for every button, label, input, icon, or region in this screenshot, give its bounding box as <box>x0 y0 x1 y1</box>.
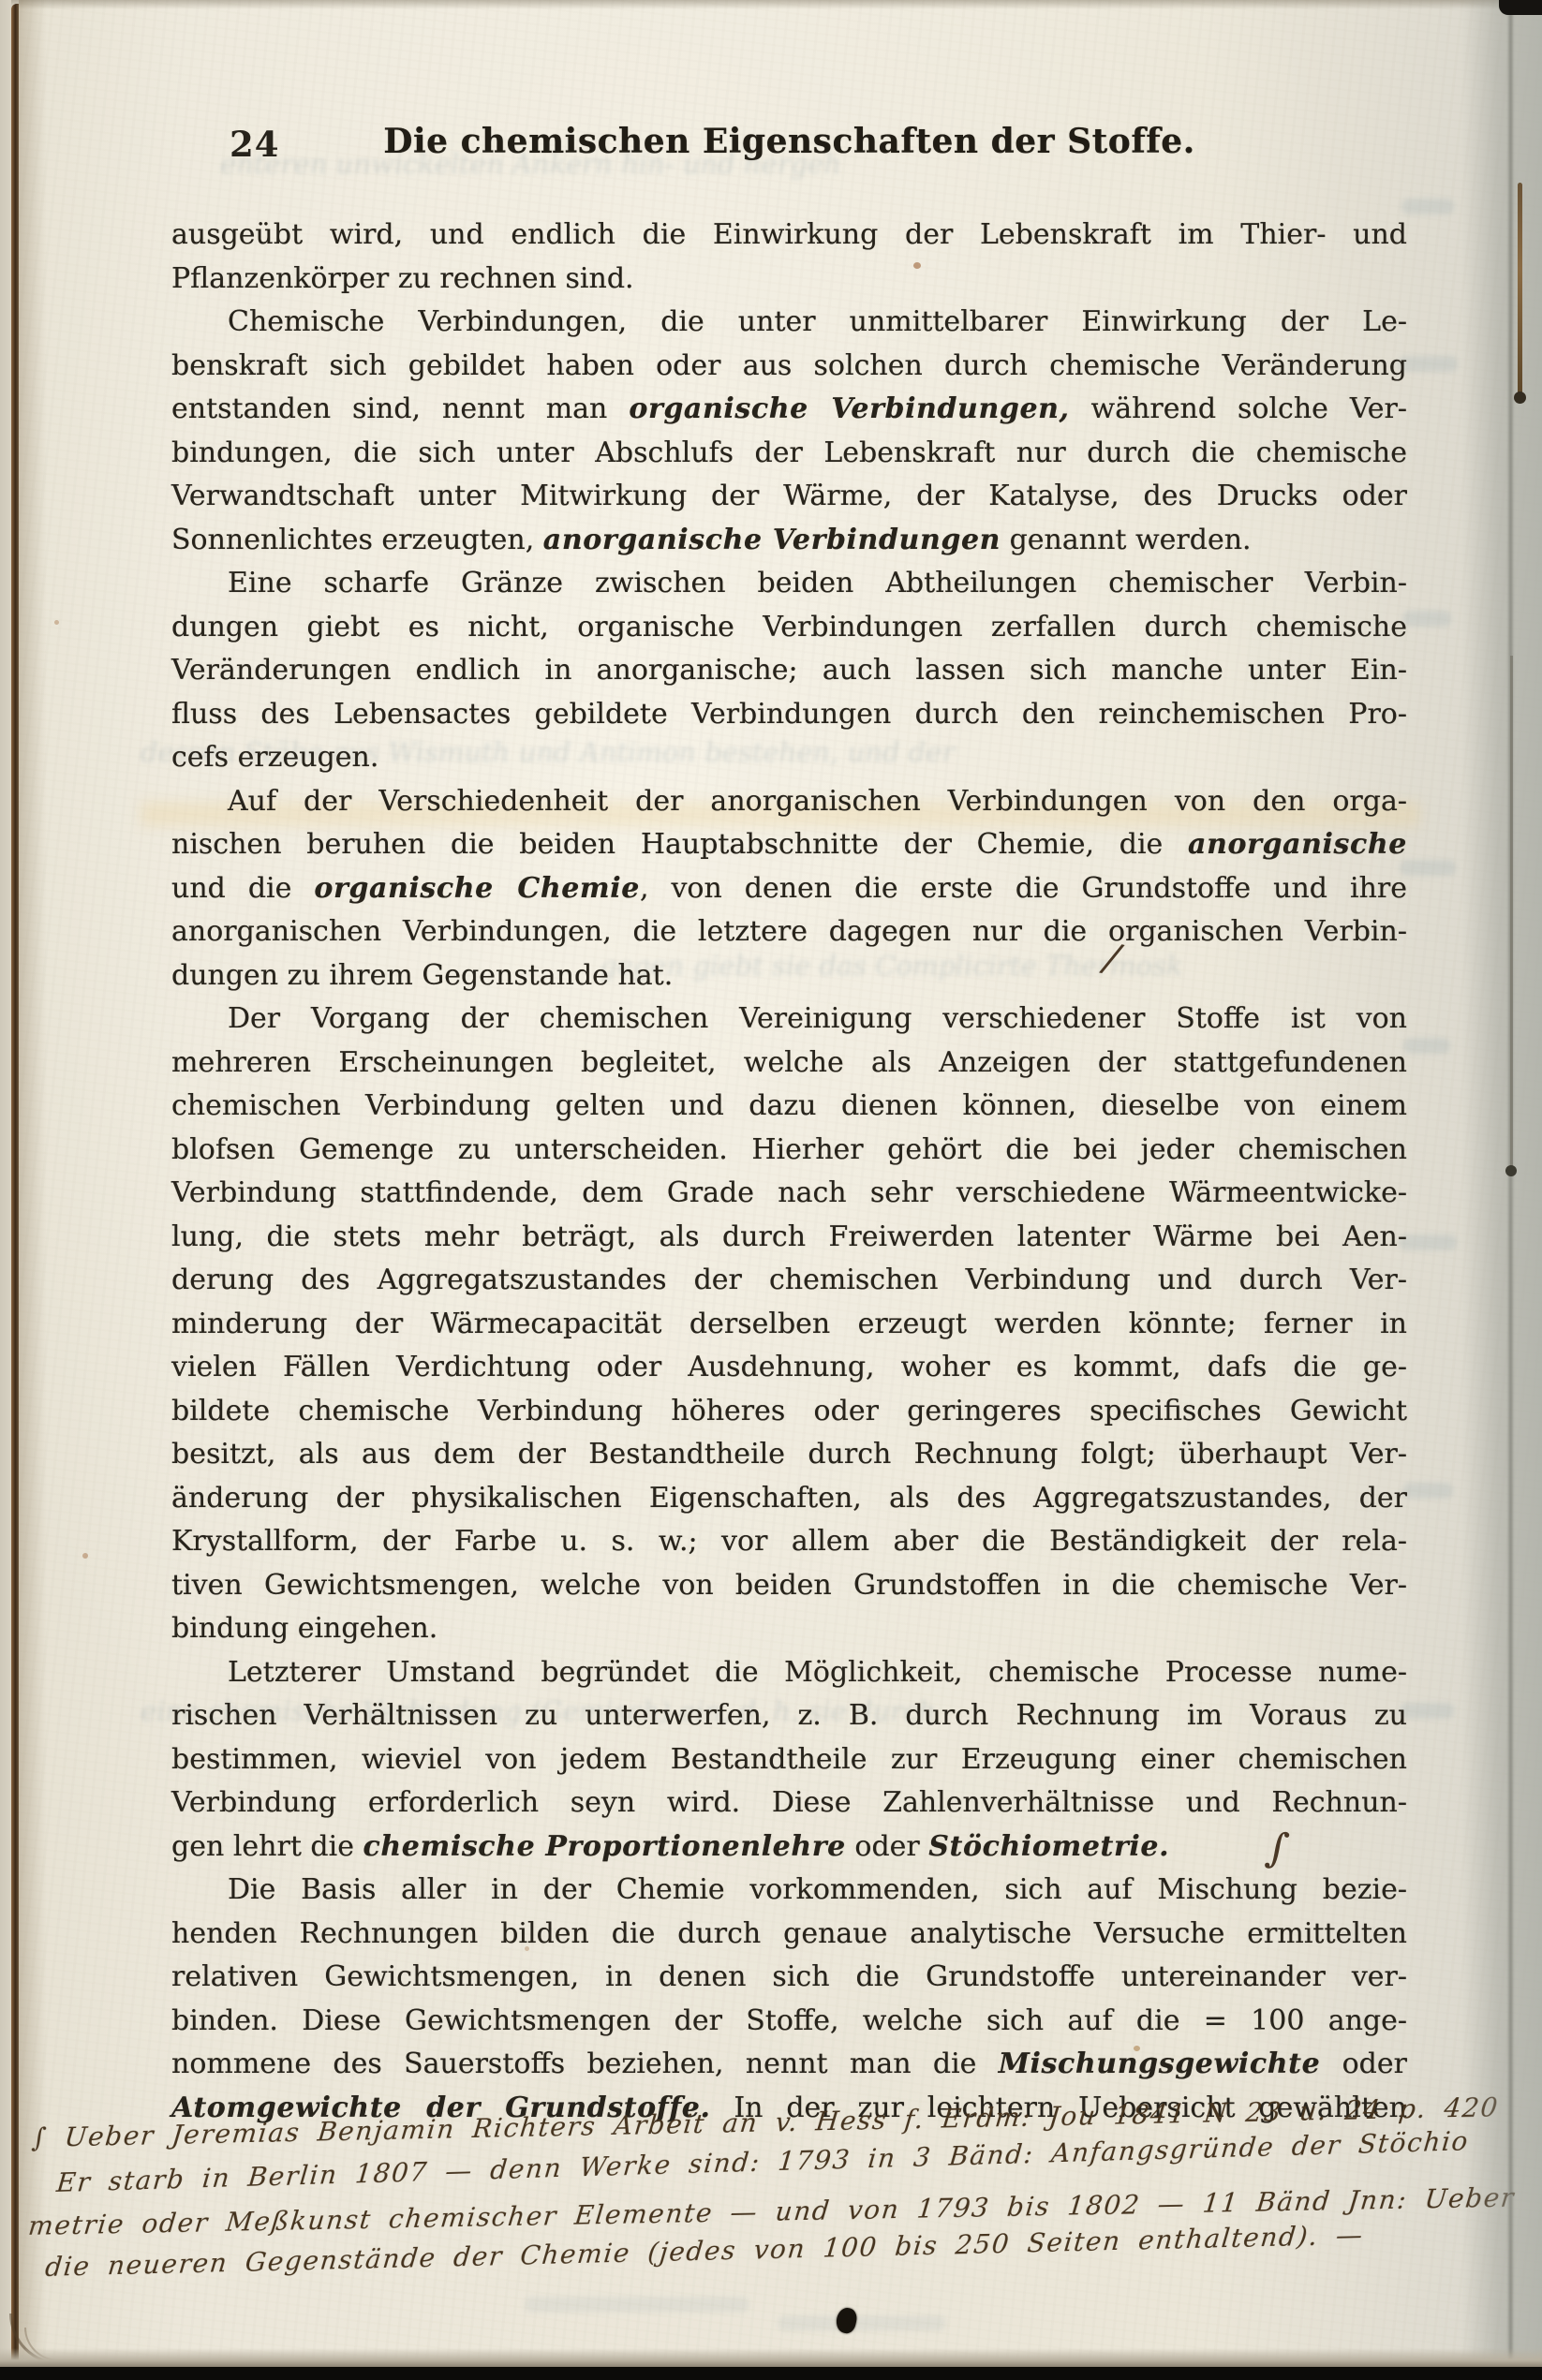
text-line: binden. Diese Gewichtsmengen der Stoffe,… <box>171 2000 1407 2044</box>
binding-gutter <box>1461 0 1542 2380</box>
text-line: blofsen Gemenge zu unterscheiden. Hierhe… <box>171 1129 1407 1173</box>
foxing-speck <box>913 262 921 269</box>
show-through-smudge <box>1400 1703 1454 1719</box>
page-header: 24 Die chemischen Eigenschaften der Stof… <box>171 122 1407 170</box>
text-line: entstanden sind, nennt man organische Ve… <box>171 388 1407 432</box>
text-line: dungen zu ihrem Gegenstande hat. <box>171 954 1407 998</box>
scan-bottom-band <box>0 2367 1542 2380</box>
show-through-smudge <box>1401 199 1454 214</box>
text-line: besitzt, als aus dem der Bestandtheile d… <box>171 1433 1407 1477</box>
page-number: 24 <box>230 124 280 165</box>
page-bottom-edge <box>0 2348 1542 2367</box>
text-line: Eine scharfe Gränze zwischen beiden Abth… <box>171 562 1407 606</box>
foxing-speck <box>82 1553 88 1559</box>
text-line: anorganischen Verbindungen, die letztere… <box>171 910 1407 954</box>
text-line: Letzterer Umstand begründet die Möglichk… <box>171 1651 1407 1695</box>
text-line: bildete chemische Verbindung höheres ode… <box>171 1390 1407 1434</box>
gutter-crease <box>1507 0 1514 2380</box>
text-line: ausgeübt wird, und endlich die Einwirkun… <box>171 214 1407 258</box>
running-title: Die chemischen Eigenschaften der Stoffe. <box>293 122 1285 161</box>
text-line: tiven Gewichtsmengen, welche von beiden … <box>171 1564 1407 1608</box>
text-line: relativen Gewichtsmengen, in denen sich … <box>171 1956 1407 2000</box>
text-line: fluss des Lebensactes gebildete Verbindu… <box>171 693 1407 737</box>
text-line: Verwandtschaft unter Mitwirkung der Wärm… <box>171 475 1407 519</box>
text-line: Auf der Verschiedenheit der anorganische… <box>171 780 1407 824</box>
text-line: Pflanzenkörper zu rechnen sind. <box>171 258 1407 302</box>
text-block: ausgeübt wird, und endlich die Einwirkun… <box>171 214 1407 2130</box>
text-line: bindungen, die sich unter Abschlufs der … <box>171 432 1407 476</box>
text-line: cefs erzeugen. <box>171 736 1407 780</box>
text-line: vielen Fällen Verdichtung oder Ausdehnun… <box>171 1346 1407 1390</box>
show-through-smudge <box>1403 1038 1450 1054</box>
text-line: chemischen Verbindung gelten und dazu di… <box>171 1085 1407 1129</box>
underlying-page-edge <box>0 0 11 2380</box>
text-line: Verbindung erforderlich seyn wird. Diese… <box>171 1781 1407 1826</box>
foxing-speck <box>54 620 59 625</box>
text-line: Chemische Verbindungen, die unter unmitt… <box>171 301 1407 345</box>
left-binding-edge <box>11 4 19 2364</box>
text-line: Die Basis aller in der Chemie vorkommend… <box>171 1869 1407 1913</box>
text-line: änderung der physikalischen Eigenschafte… <box>171 1477 1407 1521</box>
text-line: bestimmen, wieviel von jedem Bestandthei… <box>171 1738 1407 1782</box>
show-through-smudge <box>778 2315 946 2331</box>
text-line: dungen giebt es nicht, organische Verbin… <box>171 606 1407 650</box>
foxing-speck <box>1134 2046 1140 2051</box>
show-through-smudge <box>525 2297 749 2313</box>
text-line: nommene des Sauerstoffs beziehen, nennt … <box>171 2043 1407 2087</box>
stitch-thread-top <box>1518 183 1522 398</box>
show-through-smudge <box>1402 1483 1453 1499</box>
text-line: henden Rechnungen bilden die durch genau… <box>171 1913 1407 1957</box>
text-line: derung des Aggregatszustandes der chemis… <box>171 1259 1407 1303</box>
foxing-speck <box>525 1946 529 1951</box>
stitch-thread-middle <box>1510 656 1513 1167</box>
top-right-dark-corner <box>1499 0 1542 15</box>
scanned-book-page: enteren unwickelten Ankern hin- und herg… <box>0 0 1542 2380</box>
stitch-thread-top-knot <box>1514 392 1526 404</box>
text-line: mehreren Erscheinungen begleitet, welche… <box>171 1042 1407 1086</box>
text-line: Veränderungen endlich in anorganische; a… <box>171 649 1407 693</box>
left-edge-shadow <box>19 0 47 2380</box>
text-line: bindung eingehen. <box>171 1607 1407 1651</box>
show-through-smudge <box>1400 860 1456 876</box>
text-line: rischen Verhältnissen zu unterwerfen, z.… <box>171 1694 1407 1738</box>
show-through-smudge <box>1402 611 1451 627</box>
stitch-thread-middle-knot <box>1505 1165 1517 1176</box>
text-line: lung, die stets mehr beträgt, als durch … <box>171 1216 1407 1260</box>
text-line: Verbindung stattfindende, dem Grade nach… <box>171 1172 1407 1216</box>
text-line: gen lehrt die chemische Proportionenlehr… <box>171 1826 1407 1870</box>
show-through-smudge <box>1399 1234 1457 1250</box>
text-line: Krystallform, der Farbe u. s. w.; vor al… <box>171 1520 1407 1564</box>
page-top-edge-shadow <box>0 0 1542 9</box>
text-line: Sonnenlichtes erzeugten, anorganische Ve… <box>171 519 1407 563</box>
text-line: Der Vorgang der chemischen Vereinigung v… <box>171 998 1407 1042</box>
text-line: minderung der Wärmecapacität derselben e… <box>171 1303 1407 1347</box>
text-line: nischen beruhen die beiden Hauptabschnit… <box>171 823 1407 867</box>
text-line: und die organische Chemie, von denen die… <box>171 867 1407 911</box>
text-line: benskraft sich gebildet haben oder aus s… <box>171 345 1407 389</box>
